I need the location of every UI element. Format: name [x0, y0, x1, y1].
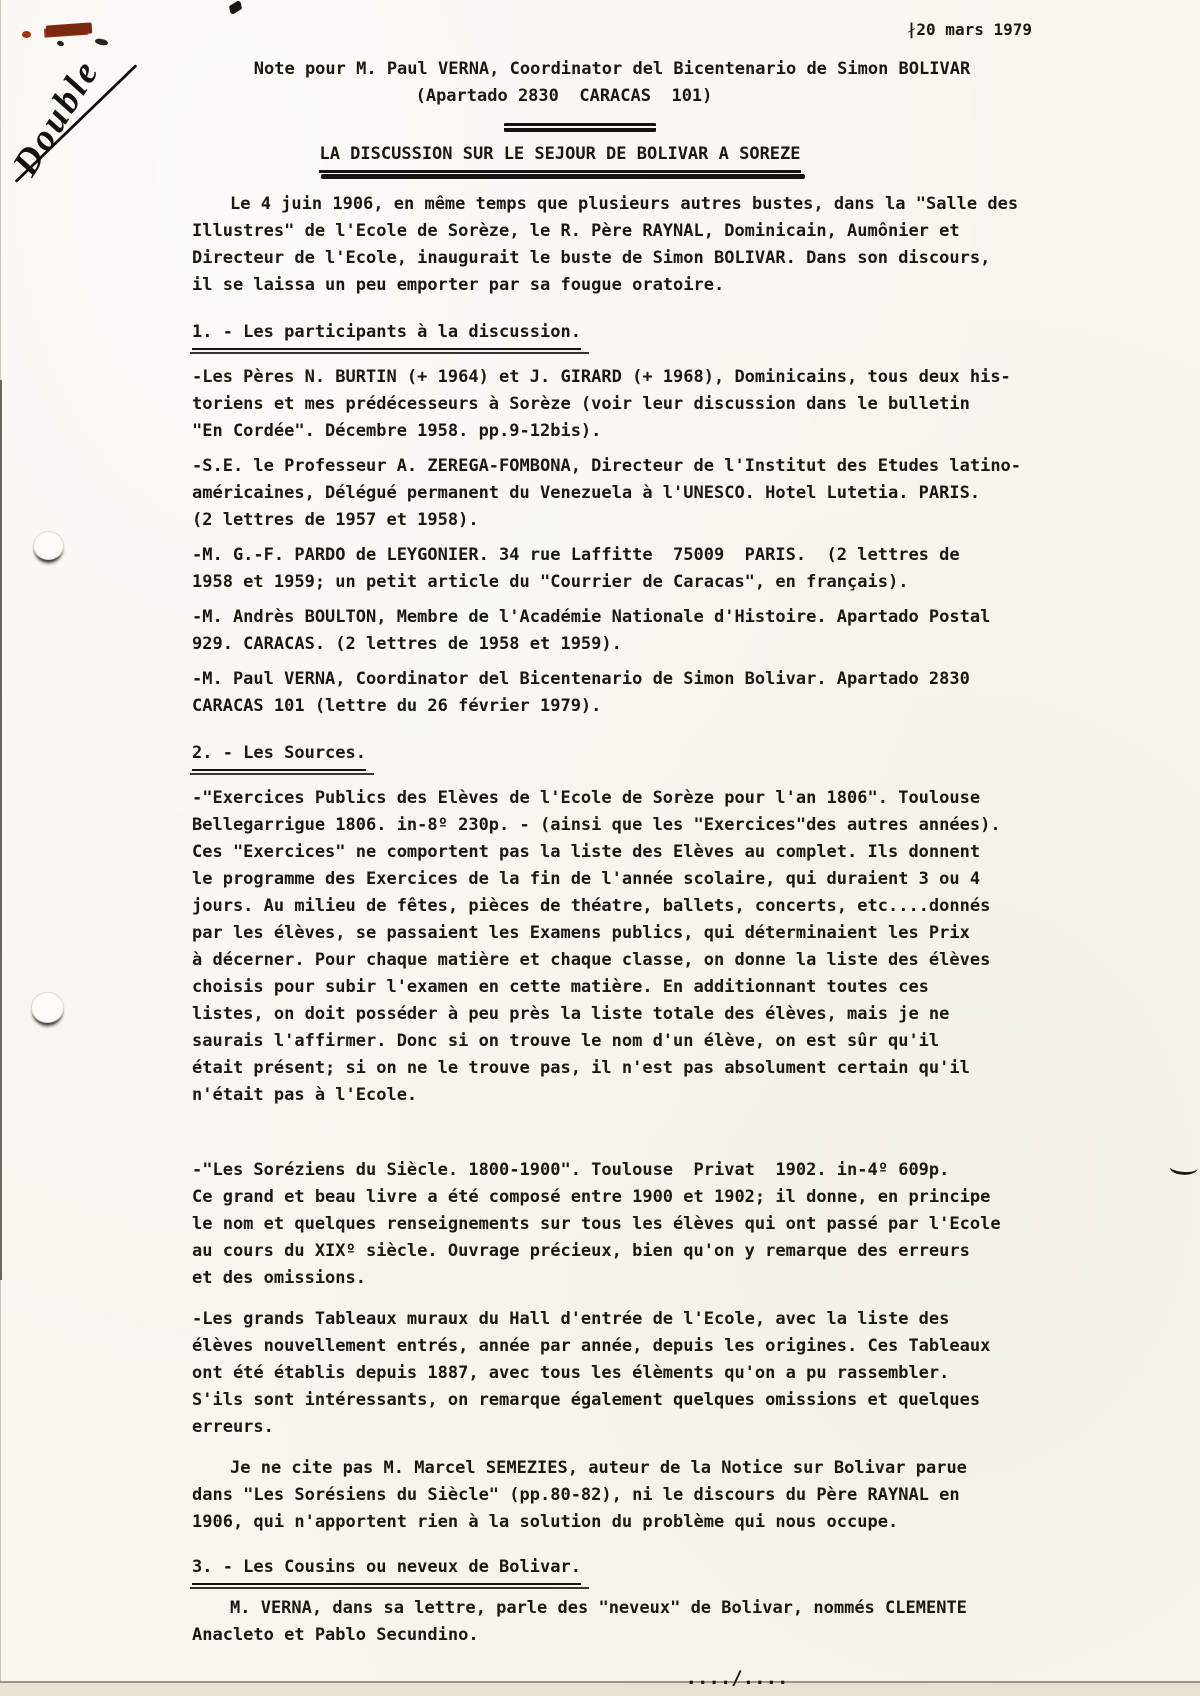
intro-paragraph: Le 4 juin 1906, en même temps que plusie…: [192, 191, 1032, 299]
recipient-address: (Apartado 2830 CARACAS 101): [144, 83, 984, 110]
double-rule: [504, 123, 656, 132]
source-item: -Les grands Tableaux muraux du Hall d'en…: [192, 1306, 1032, 1441]
section-3-heading-row: 3. - Les Cousins ou neveux de Bolivar.: [192, 1554, 1032, 1585]
section-1-heading-row: 1. - Les participants à la discussion.: [192, 319, 1032, 350]
section-2-heading-row: 2. - Les Sources.: [192, 740, 1032, 771]
source-note: Je ne cite pas M. Marcel SEMEZIES, auteu…: [192, 1455, 1032, 1536]
document-content: ∤20 mars 1979 Note pour M. Paul VERNA, C…: [0, 0, 1200, 1692]
participant-item: -Les Pères N. BURTIN (+ 1964) et J. GIRA…: [192, 364, 1032, 445]
recipient-line: Note pour M. Paul VERNA, Coordinator del…: [192, 56, 1032, 83]
section-2-heading: 2. - Les Sources.: [192, 740, 366, 771]
document-date: 20 mars 1979: [916, 20, 1032, 39]
date-line: ∤20 mars 1979: [192, 16, 1032, 43]
section-1-heading: 1. - Les participants à la discussion.: [192, 319, 581, 350]
participant-item: -M. Andrès BOULTON, Membre de l'Académie…: [192, 604, 1032, 658]
scanned-document-page: Double ∤20 mars 1979 Note pour M. Paul V…: [0, 0, 1200, 1696]
source-item: -"Les Soréziens du Siècle. 1800-1900". T…: [192, 1157, 1032, 1292]
date-overstrike-mark: ∤: [907, 16, 915, 43]
participant-item: -M. G.-F. PARDO de LEYGONIER. 34 rue Laf…: [192, 542, 1032, 596]
source-item: -"Exercices Publics des Elèves de l'Ecol…: [192, 785, 1032, 1109]
section-3-heading: 3. - Les Cousins ou neveux de Bolivar.: [192, 1554, 581, 1585]
continuation-mark: ..../....: [317, 1665, 1157, 1692]
participant-item: -M. Paul VERNA, Coordinator del Bicenten…: [192, 666, 1032, 720]
document-title: LA DISCUSSION SUR LE SEJOUR DE BOLIVAR A…: [319, 141, 800, 173]
participant-item: -S.E. le Professeur A. ZEREGA-FOMBONA, D…: [192, 453, 1032, 534]
cousins-paragraph: M. VERNA, dans sa lettre, parle des "nev…: [192, 1595, 1032, 1649]
title-row: LA DISCUSSION SUR LE SEJOUR DE BOLIVAR A…: [140, 141, 980, 173]
